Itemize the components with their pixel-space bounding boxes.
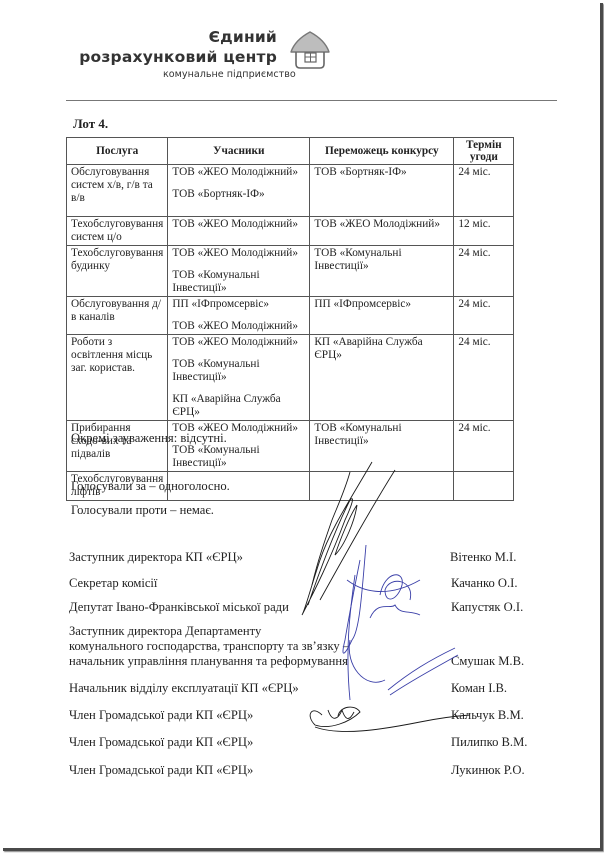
cell-winner: ПП «ІФпромсервіс» (310, 297, 454, 335)
signatory-position: Заступник директора КП «ЄРЦ» (69, 550, 243, 565)
cell-winner: КП «Аварійна Служба ЄРЦ» (310, 335, 454, 421)
votes-against-text: Голосували проти – немає. (71, 503, 214, 518)
column-header-service: Послуга (67, 138, 168, 165)
org-name-line2: розрахунковий центр (79, 47, 277, 67)
cell-winner: ТОВ «Бортняк-ІФ» (310, 165, 454, 217)
participant: ТОВ «Бортняк-ІФ» (172, 188, 305, 201)
cell-service: Обслуговування д/в каналів (67, 297, 168, 335)
cell-participants: ТОВ «ЖЕО Молодіжний»ТОВ «Комунальні Інве… (168, 335, 310, 421)
cell-winner (310, 472, 454, 501)
signatory-position: начальник управління планування та рефор… (69, 654, 348, 669)
votes-for-text: Голосували за – одноголосно. (71, 479, 230, 494)
cell-winner: ТОВ «ЖЕО Молодіжний» (310, 217, 454, 246)
column-header-winner: Переможець конкурсу (310, 138, 454, 165)
signatory-name: Качанко О.І. (451, 576, 518, 591)
cell-participants: ТОВ «ЖЕО Молодіжний» (168, 217, 310, 246)
cell-service: Обслуговування систем х/в, г/в та в/в (67, 165, 168, 217)
table-row: Техобслуговування систем ц/оТОВ «ЖЕО Мол… (67, 217, 514, 246)
signatory-name: Капустяк О.І. (451, 600, 523, 615)
cell-participants: ТОВ «ЖЕО Молодіжний»ТОВ «Комунальні Інве… (168, 421, 310, 472)
signatory-name: Смушак М.В. (451, 654, 524, 669)
participant: ТОВ «Комунальні Інвестиції» (172, 269, 305, 295)
signatory-name: Коман І.В. (451, 681, 507, 696)
participant: ТОВ «Комунальні Інвестиції» (172, 444, 305, 470)
participant: ТОВ «ЖЕО Молодіжний» (172, 336, 305, 349)
cell-term: 24 міс. (454, 421, 514, 472)
table-header-row: Послуга Учасники Переможець конкурсу Тер… (67, 138, 514, 165)
participant: КП «Аварійна Служба ЄРЦ» (172, 393, 305, 419)
cell-participants: ТОВ «ЖЕО Молодіжний»ТОВ «Комунальні Інве… (168, 246, 310, 297)
document-page: Єдиний розрахунковий центр комунальне пі… (0, 0, 600, 848)
table-row: Роботи з освітлення місць заг. користав.… (67, 335, 514, 421)
cell-service: Роботи з освітлення місць заг. користав. (67, 335, 168, 421)
signatory-position: Член Громадської ради КП «ЄРЦ» (69, 735, 253, 750)
table-row: Техобслуговування будинкуТОВ «ЖЕО Молоді… (67, 246, 514, 297)
signatory-position: Член Громадської ради КП «ЄРЦ» (69, 763, 253, 778)
column-header-participants: Учасники (168, 138, 310, 165)
cell-participants: ПП «ІФпромсервіс»ТОВ «ЖЕО Молодіжний» (168, 297, 310, 335)
signatory-name: Кальчук В.М. (451, 708, 524, 723)
signatory-name: Лукинюк Р.О. (451, 763, 525, 778)
table-row: Обслуговування д/в каналівПП «ІФпромсерв… (67, 297, 514, 335)
cell-service: Техобслуговування будинку (67, 246, 168, 297)
signatory-position: Начальник відділу експлуатації КП «ЄРЦ» (69, 681, 299, 696)
remarks-text: Окремі зауваження: відсутні. (71, 431, 227, 446)
cell-winner: ТОВ «Комунальні Інвестиції» (310, 246, 454, 297)
cell-term: 24 міс. (454, 246, 514, 297)
cell-winner: ТОВ «Комунальні Інвестиції» (310, 421, 454, 472)
signatory-position: Заступник директора Департаменту (69, 624, 261, 639)
cell-term: 24 міс. (454, 297, 514, 335)
org-name-line1: Єдиний (79, 27, 277, 47)
signatory-position: комунального господарства, транспорту та… (69, 639, 349, 654)
signatory-position: Член Громадської ради КП «ЄРЦ» (69, 708, 253, 723)
org-name: Єдиний розрахунковий центр (79, 27, 277, 67)
participant: ТОВ «Комунальні Інвестиції» (172, 358, 305, 384)
signatory-position: Депутат Івано-Франківської міської ради (69, 600, 289, 615)
cell-term: 12 міс. (454, 217, 514, 246)
participant: ТОВ «ЖЕО Молодіжний» (172, 218, 305, 231)
lot-table: Послуга Учасники Переможець конкурсу Тер… (66, 137, 514, 501)
table-row: Прибирання сходо-вих та підвалівТОВ «ЖЕО… (67, 421, 514, 472)
org-subtitle: комунальне підприємство (163, 69, 296, 80)
signatory-name: Пилипко В.М. (451, 735, 527, 750)
cell-service: Техобслуговування систем ц/о (67, 217, 168, 246)
signatory-name: Вітенко М.І. (450, 550, 516, 565)
cell-term: 24 міс. (454, 335, 514, 421)
signatory-position: Секретар комісії (69, 576, 157, 591)
participant: ТОВ «ЖЕО Молодіжний» (172, 320, 305, 333)
participant: ПП «ІФпромсервіс» (172, 298, 305, 311)
header-divider (66, 100, 557, 101)
participant: ТОВ «ЖЕО Молодіжний» (172, 166, 305, 179)
lot-title: Лот 4. (73, 116, 108, 132)
cell-term: 24 міс. (454, 165, 514, 217)
house-icon (287, 28, 333, 72)
cell-term (454, 472, 514, 501)
column-header-term: Термін угоди (454, 138, 514, 165)
participant: ТОВ «ЖЕО Молодіжний» (172, 247, 305, 260)
cell-service: Прибирання сходо-вих та підвалів (67, 421, 168, 472)
cell-participants: ТОВ «ЖЕО Молодіжний»ТОВ «Бортняк-ІФ» (168, 165, 310, 217)
table-row: Обслуговування систем х/в, г/в та в/вТОВ… (67, 165, 514, 217)
